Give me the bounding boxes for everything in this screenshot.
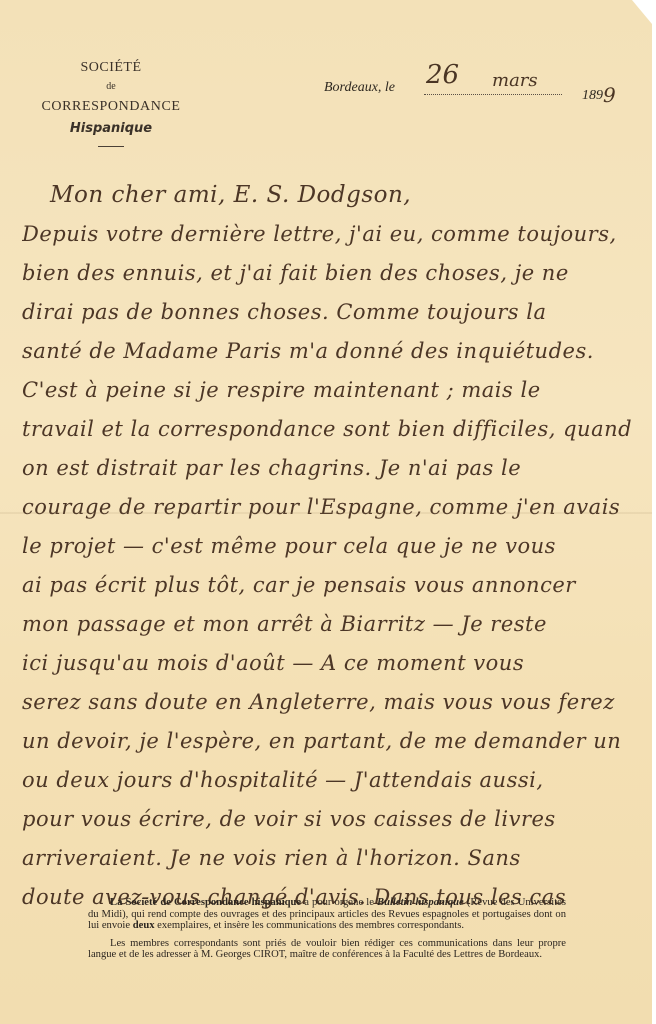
letter-line: dirai pas de bonnes choses. Comme toujou… xyxy=(22,293,650,332)
letter-line: Depuis votre dernière lettre, j'ai eu, c… xyxy=(22,215,650,254)
footer-paragraph-2: Les membres correspondants sont priés de… xyxy=(88,938,566,961)
letter-line: courage de repartir pour l'Espagne, comm… xyxy=(22,488,650,527)
letterhead-rule xyxy=(98,146,124,147)
letter-line: bien des ennuis, et j'ai fait bien des c… xyxy=(22,254,650,293)
letterhead-de: de xyxy=(22,78,200,96)
footer-paragraph-1: La Société de Correspondance hispanique … xyxy=(88,897,566,932)
letter-line: serez sans doute en Angleterre, mais vou… xyxy=(22,683,650,722)
letter-line: ou deux jours d'hospitalité — J'attendai… xyxy=(22,761,650,800)
footer-deux: deux xyxy=(133,920,155,931)
letterhead-hispanique: Hispanique xyxy=(22,118,200,140)
letter-line: arriveraient. Je ne vois rien à l'horizo… xyxy=(22,839,650,878)
letter-body: Mon cher ami, E. S. Dodgson, Depuis votr… xyxy=(22,176,650,917)
letter-line: le projet — c'est même pour cela que je … xyxy=(22,527,650,566)
letterhead-correspondance: CORRESPONDANCE xyxy=(22,96,200,118)
dateline-month: mars xyxy=(492,70,538,91)
letter-line: pour vous écrire, de voir si vos caisses… xyxy=(22,800,650,839)
letter-paper: SOCIÉTÉ de CORRESPONDANCE Hispanique Bor… xyxy=(0,0,652,1024)
dateline-place: Bordeaux, le xyxy=(324,80,395,96)
letter-line: ai pas écrit plus tôt, car je pensais vo… xyxy=(22,566,650,605)
letter-line: C'est à peine si je respire maintenant ;… xyxy=(22,371,650,410)
letter-line: santé de Madame Paris m'a donné des inqu… xyxy=(22,332,650,371)
letterhead-societe: SOCIÉTÉ xyxy=(22,58,200,78)
letterhead: SOCIÉTÉ de CORRESPONDANCE Hispanique xyxy=(22,58,200,147)
letter-line: ici jusqu'au mois d'août — A ce moment v… xyxy=(22,644,650,683)
footer-society-name: La Société de Correspondance hispanique xyxy=(110,897,301,908)
footer-bulletin-title: Bulletin hispanique xyxy=(377,897,464,908)
printed-footer: La Société de Correspondance hispanique … xyxy=(88,897,566,967)
salutation: Mon cher ami, E. S. Dodgson, xyxy=(22,176,650,215)
footer-text: exemplaires, et insère les communication… xyxy=(155,920,464,931)
dateline-day: 26 xyxy=(426,60,459,90)
dateline-year-printed: 189 xyxy=(582,88,603,103)
letter-line: un devoir, je l'espère, en partant, de m… xyxy=(22,722,650,761)
dateline-dotted-rule xyxy=(424,94,562,95)
letter-line: on est distrait par les chagrins. Je n'a… xyxy=(22,449,650,488)
dateline-year-handwritten: 9 xyxy=(603,83,616,107)
dateline-year: 1899 xyxy=(582,80,616,104)
footer-text: a pour organe le xyxy=(301,897,377,908)
letter-line: mon passage et mon arrêt à Biarritz — Je… xyxy=(22,605,650,644)
letter-line: travail et la correspondance sont bien d… xyxy=(22,410,650,449)
